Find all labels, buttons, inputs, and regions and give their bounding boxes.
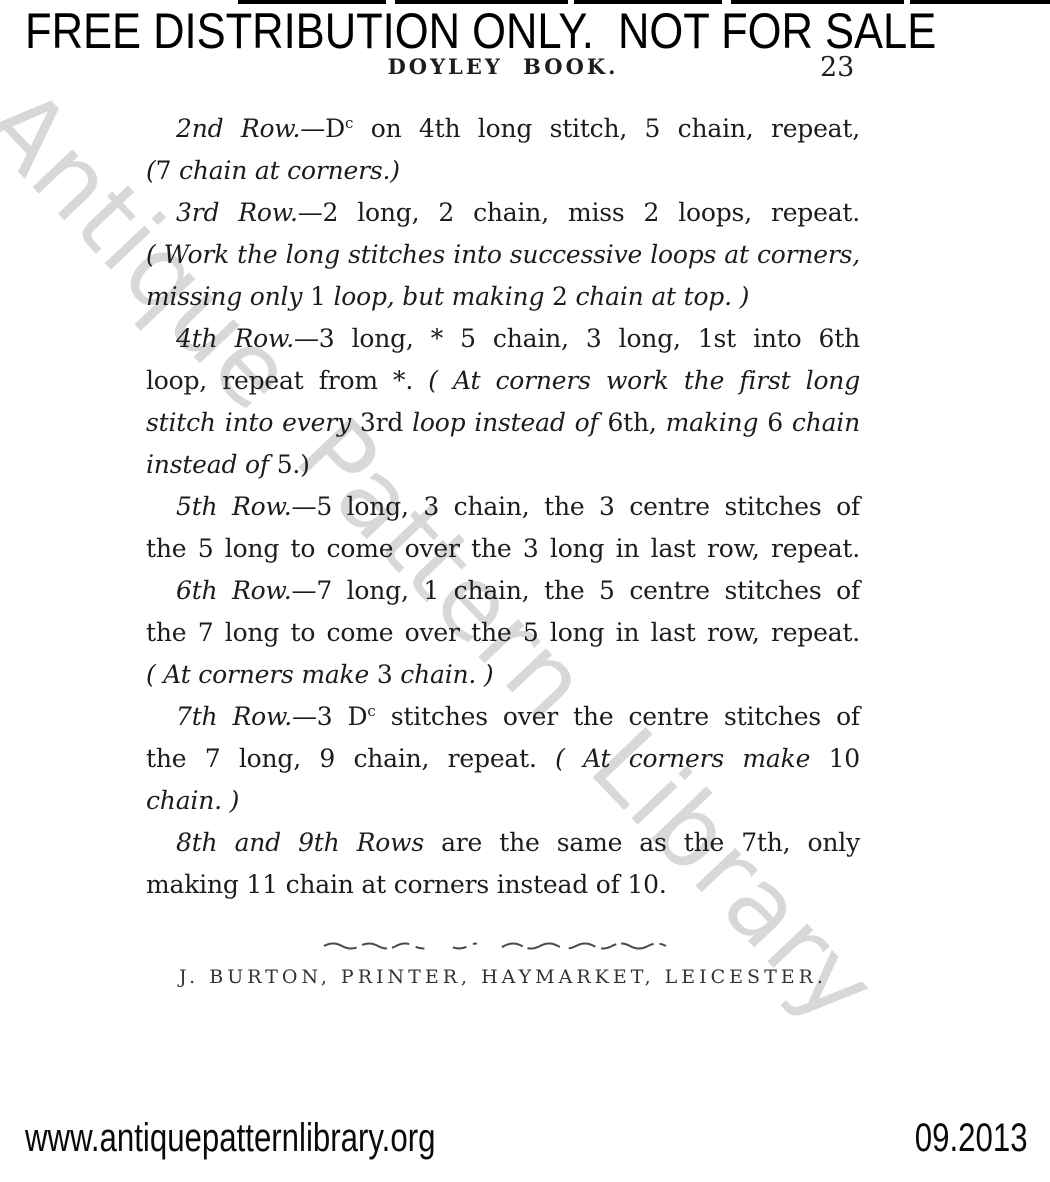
text-segment: c (367, 702, 375, 720)
text-line: ( At corners make 3 chain. ) (146, 654, 860, 696)
text-segment: making (666, 408, 768, 437)
text-segment: instead of (146, 450, 277, 479)
text-segment: 5.) (277, 450, 310, 479)
text-segment: chain at corners.) (171, 156, 399, 185)
tailpiece-rule (322, 936, 672, 955)
text-segment: 2 (552, 282, 568, 311)
text-segment: missing only (146, 282, 310, 311)
text-segment: loop, but making (326, 282, 552, 311)
paragraph-4: 5th Row.—5 long, 3 chain, the 3 centre s… (146, 486, 860, 570)
text-segment: —D (300, 114, 345, 143)
running-header-title: DOYLEY BOOK. (146, 54, 860, 79)
text-segment: 5th Row. (176, 492, 292, 521)
text-segment: 6th Row. (176, 576, 292, 605)
text-segment: on 4th long stitch, 5 chain, repeat, (353, 114, 860, 143)
paragraph-2: 3rd Row.—2 long, 2 chain, miss 2 loops, … (146, 192, 860, 318)
text-segment: 6th, (607, 408, 665, 437)
printer-imprint: J. BURTON, PRINTER, HAYMARKET, LEICESTER… (146, 966, 860, 988)
squiggle-rule-icon (322, 939, 672, 951)
text-segment: 3rd Row. (176, 198, 298, 227)
text-segment: loop instead of (412, 408, 607, 437)
footer-url: www.antiquepatternlibrary.org (25, 1116, 435, 1161)
scanned-book-page: FREE DISTRIBUTION ONLY. NOT FOR SALE Ant… (0, 0, 1050, 1182)
text-line: loop, repeat from *. ( At corners work t… (146, 360, 860, 402)
text-segment: chain at top. ) (568, 282, 749, 311)
text-segment: stitch into every (146, 408, 360, 437)
text-segment: 8th and 9th Rows (176, 828, 424, 857)
text-segment: 3 (377, 660, 393, 689)
text-line: chain. ) (146, 780, 860, 822)
free-distribution-banner: FREE DISTRIBUTION ONLY. NOT FOR SALE (25, 2, 936, 60)
text-line: stitch into every 3rd loop instead of 6t… (146, 402, 860, 444)
paragraph-3: 4th Row.—3 long, * 5 chain, 3 long, 1st … (146, 318, 860, 486)
text-line: 8th and 9th Rows are the same as the 7th… (146, 822, 860, 864)
text-line: 6th Row.—7 long, 1 chain, the 5 centre s… (146, 570, 860, 612)
text-segment: the 5 long to come over the 3 long in la… (146, 534, 860, 563)
page-number: 23 (820, 52, 854, 83)
text-segment: 1 (310, 282, 326, 311)
text-line: the 7 long, 9 chain, repeat. ( At corner… (146, 738, 860, 780)
body-text: 2nd Row.—Dc on 4th long stitch, 5 chain,… (146, 108, 860, 906)
text-segment: chain. ) (393, 660, 494, 689)
text-line: ( Work the long stitches into successive… (146, 234, 860, 276)
text-segment: 4th Row. (176, 324, 294, 353)
paragraph-6: 7th Row.—3 Dc stitches over the centre s… (146, 696, 860, 822)
text-line: missing only 1 loop, but making 2 chain … (146, 276, 860, 318)
text-segment: ( At corners make (146, 660, 377, 689)
text-line: 7th Row.—3 Dc stitches over the centre s… (146, 696, 860, 738)
text-line: the 7 long to come over the 5 long in la… (146, 612, 860, 654)
paragraph-1: 2nd Row.—Dc on 4th long stitch, 5 chain,… (146, 108, 860, 192)
text-segment: ( Work the long stitches into successive… (146, 240, 860, 269)
text-segment: ( At corners make (555, 744, 828, 773)
text-segment: ( (146, 156, 156, 185)
footer-date: 09.2013 (915, 1116, 1028, 1161)
text-line: (7 chain at corners.) (146, 150, 860, 192)
text-line: instead of 5.) (146, 444, 860, 486)
text-segment: chain. ) (146, 786, 239, 815)
text-segment: —3 long, * 5 chain, 3 long, 1st into 6th (294, 324, 860, 353)
text-segment: —7 long, 1 chain, the 5 centre stitches … (292, 576, 860, 605)
text-segment: 3rd (360, 408, 412, 437)
text-line: making 11 chain at corners instead of 10… (146, 864, 860, 906)
text-line: 4th Row.—3 long, * 5 chain, 3 long, 1st … (146, 318, 860, 360)
text-segment: 10 (829, 744, 860, 773)
text-line: 3rd Row.—2 long, 2 chain, miss 2 loops, … (146, 192, 860, 234)
text-segment: ( At corners work the first long (428, 366, 860, 395)
text-segment: —2 long, 2 chain, miss 2 loops, repeat. (298, 198, 860, 227)
text-segment: are the same as the 7th, only (424, 828, 860, 857)
text-segment: —5 long, 3 chain, the 3 centre stitches … (292, 492, 860, 521)
text-segment: the 7 long to come over the 5 long in la… (146, 618, 860, 647)
text-segment: 7 (156, 156, 172, 185)
text-segment: the 7 long, 9 chain, repeat. (146, 744, 555, 773)
paragraph-5: 6th Row.—7 long, 1 chain, the 5 centre s… (146, 570, 860, 696)
paragraph-7: 8th and 9th Rows are the same as the 7th… (146, 822, 860, 906)
text-line: 2nd Row.—Dc on 4th long stitch, 5 chain,… (146, 108, 860, 150)
text-segment: —3 D (292, 702, 367, 731)
text-segment: 2nd Row. (176, 114, 300, 143)
text-segment: making 11 chain at corners instead of 10… (146, 870, 667, 899)
text-line: 5th Row.—5 long, 3 chain, the 3 centre s… (146, 486, 860, 528)
text-segment: 6 (767, 408, 792, 437)
text-segment: 7th Row. (176, 702, 292, 731)
text-line: the 5 long to come over the 3 long in la… (146, 528, 860, 570)
text-segment: chain (792, 408, 860, 437)
text-segment: stitches over the centre stitches of (376, 702, 860, 731)
text-segment: loop, repeat from *. (146, 366, 428, 395)
